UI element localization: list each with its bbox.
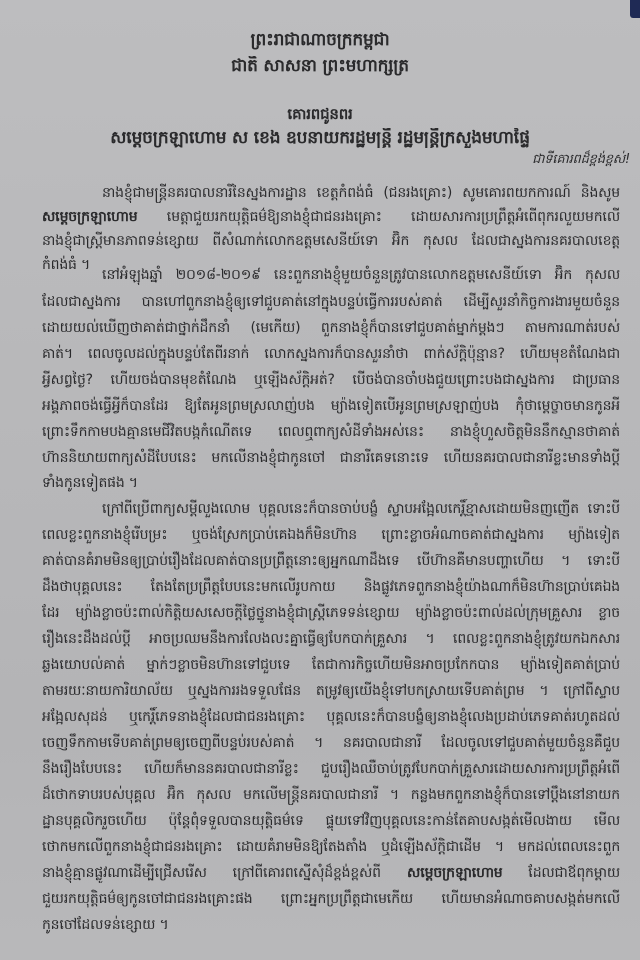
paragraph-2-line-5: អ្វីសព្វថ្ងៃ? ហើយចង់បានមុខតំណែង ឬឡើងស័ក្… [42,370,620,390]
paragraph-2-line-2: ដែលជាស្នងការ បានហៅពួកនាងខ្ញុំឲ្យទៅជួបគាត… [42,292,620,312]
paragraph-2-line-3: ដោយយល់ឃើញថាគាត់ជាថ្នាក់ដឹកនាំ (មេកើយ) ពួ… [42,318,620,338]
paragraph-2-line-1: នៅអំឡុងឆ្នាំ ២០១៨-២០១៩ នេះពួកនាងខ្ញុំមួយ… [102,265,620,285]
paragraph-3-line-10: ចេញទឹកកាមទើបគាត់ព្រមឲ្យចេញពីបន្ទប់របស់គា… [42,733,620,753]
header-recipient: សម្ដេចក្រឡាហោម ស ខេង ឧបនាយករដ្ឋមន្ត្រី រ… [0,128,640,148]
paragraph-3-line-7: ឆ្លងយោបល់គាត់ ម្នាក់ៗខ្លាចមិនហ៊ានទៅជួបទេ… [42,655,620,675]
header-motto: ជាតិ សាសនា ព្រះមហាក្សត្រ [0,56,640,76]
paragraph-3-line-9: អង្អែលសុដន់ ឬកេរ្តិ៍ភេទនាងខ្ញុំដែលជាជនរង… [42,707,620,727]
letter-body: ព្រះរាជាណាចក្រកម្ពុជា ជាតិ សាសនា ព្រះមហា… [0,0,640,960]
paragraph-3-line-3: គាត់បានគំរាមមិនឲ្យប្រាប់រឿងដែលគាត់បានប្រ… [42,551,620,571]
paragraph-3-line-8: តាមរយៈនាយការិយាល័យ ឬស្នងការរងទទួលផែន តម្… [42,681,620,701]
recipient-name-bold: សម្ដេចក្រឡាហោម [42,209,137,225]
paragraph-3-line-2: ពេលខ្លះពួកនាងខ្ញុំរើបម្រះ ឬចង់ស្រែកប្រាប… [42,525,620,545]
paragraph-1-line-3: នាងខ្ញុំជាស្ត្រីមានភាពទន់ខ្សោយ ពីសំណាក់ល… [42,231,620,251]
paragraph-3-line-12: ដ៏ថោកទាបរបស់បុគ្គល អ៊ិក កុសល មកលើមន្ត្រី… [42,785,620,805]
paragraph-1-line-1: នាងខ្ញុំជាមន្ត្រីនគរបាលនារីនៃស្នងការដ្ឋា… [102,183,620,203]
paragraph-2-line-9: ទាំងកូនទៀតផង ។ [42,473,620,493]
paragraph-1-line-2: សម្ដេចក្រឡាហោម មេត្តាជួយរកយុត្តិធម៌ឱ្យនា… [42,207,620,227]
paragraph-2-line-4: គាត់។ ពេលចូលដល់ក្នុងបន្ទប់តែពីរនាក់ លោកស… [42,344,620,364]
paragraph-3-line-4: ដឹងថាបុគ្គលនេះ តែងតែប្រព្រឹត្តបែបនេះមកលើ… [42,577,620,597]
paragraph-3-line-13: ដ្ឋានបុគ្គលិករួចហើយ ប៉ុន្តែពុំទទួលបានយុត… [42,811,620,831]
paragraph-3-line-11: នឹងរឿងបែបនេះ ហើយក៏មាននគរបាលជានារីខ្លះ ជួ… [42,759,620,779]
paragraph-3-line-17: កូនចៅដែលទន់ខ្សោយ ។ [42,915,620,935]
paragraph-3-line-15-tail: ដែលជាឪពុកម្តាយ [502,865,620,881]
paragraph-3-line-1: ក្រៅពីប្រើពាក្យសម្តីលួងលោម បុគ្គលនេះក៏បា… [102,499,620,519]
paragraph-2-line-7: ព្រោះទឹកកាមបងគ្មានមេជីវិតបង្កកំណើតទេ ពេល… [42,422,620,442]
header-respectfully-to: គោរពជូនពរ [0,104,640,124]
recipient-name-bold-2: សម្ដេចក្រឡាហោម [381,865,503,881]
document-page: ព្រះរាជាណាចក្រកម្ពុជា ជាតិ សាសនា ព្រះមហា… [0,0,640,960]
header-kingdom: ព្រះរាជាណាចក្រកម្ពុជា [0,30,640,50]
paragraph-3-line-6: រឿងនេះដឹងដល់ប្តី អាចប្រឈមនឹងការលែងលះគ្នា… [42,629,620,649]
paragraph-3-line-15: នាងខ្ញុំគ្មានផ្លូវណាដើម្បីជ្រើសរើស ក្រៅព… [42,863,620,883]
paragraph-2-line-8: ហ៊ាននិយាយពាក្យសំដីបែបនេះ មកលើនាងខ្ញុំជាក… [42,448,620,468]
paragraph-3-line-14: ថោកមកលើពួកនាងខ្ញុំជាជនរងគ្រោះ ដោយគំរាមមិ… [42,837,620,857]
paragraph-2-line-6: អង្គភាពចង់ធ្វើអ្វីក៏បានដែរ ឱ្យតែអូនព្រមស… [42,396,620,416]
paragraph-3-line-16: ជួយរកយុត្តិធម៌ឲ្យកូនចៅជាជនរងគ្រោះផង ព្រោ… [42,889,620,909]
paragraph-1-line-2-text: មេត្តាជួយរកយុត្តិធម៌ឱ្យនាងខ្ញុំជាជនរងគ្រ… [137,209,620,225]
paragraph-3-line-5: ដែរ ម្យ៉ាងខ្លាចប៉ះពាល់កិត្តិយសសេចក្តីថ្ល… [42,603,620,623]
salutation: ជាទីគោរពដ៏ខ្ពង់ខ្ពស់! [532,150,630,170]
paragraph-3-line-15-text: នាងខ្ញុំគ្មានផ្លូវណាដើម្បីជ្រើសរើស ក្រៅព… [42,865,381,881]
